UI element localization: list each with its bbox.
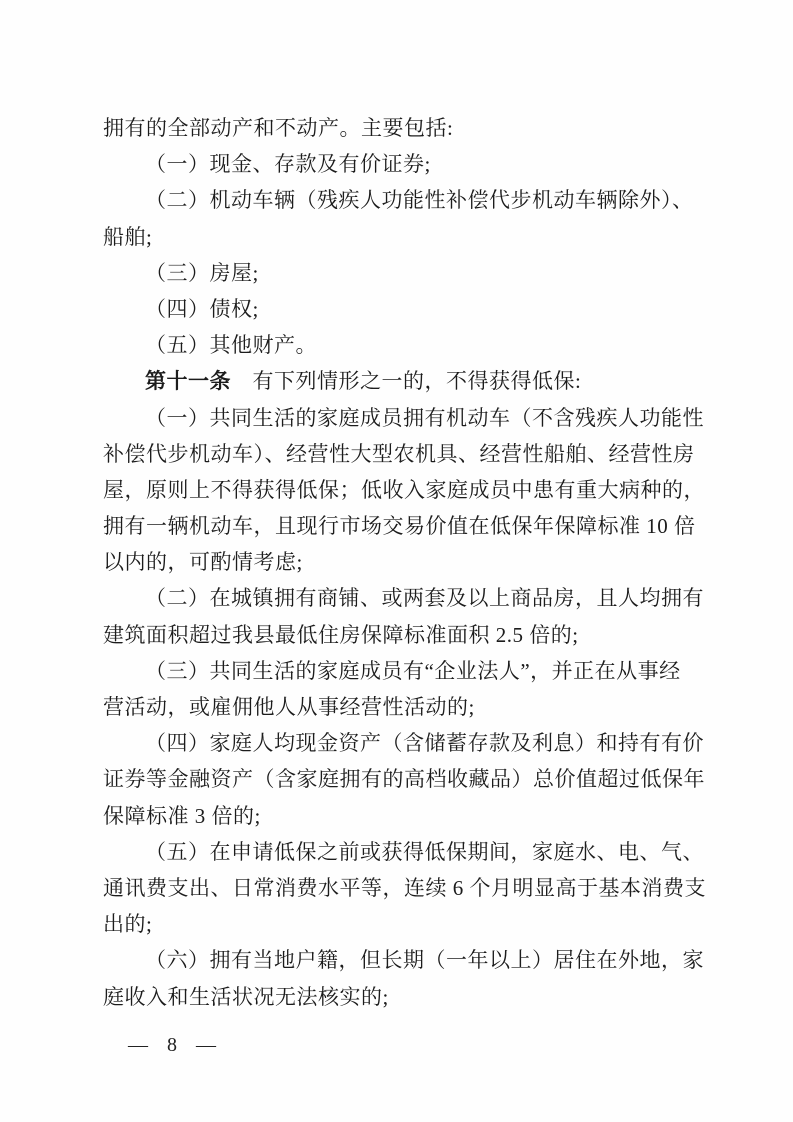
- text-line: （一）共同生活的家庭成员拥有机动车（不含残疾人功能性: [103, 400, 703, 436]
- page-number: — 8 —: [128, 1030, 223, 1060]
- text-line: 以内的，可酌情考虑;: [103, 544, 703, 580]
- text-line: （二）在城镇拥有商铺、或两套及以上商品房，且人均拥有: [103, 580, 703, 616]
- text-line: 通讯费支出、日常消费水平等，连续 6 个月明显高于基本消费支: [103, 870, 703, 906]
- text-line: 拥有的全部动产和不动产。主要包括:: [103, 110, 703, 146]
- text-line: （一）现金、存款及有价证券;: [103, 146, 703, 182]
- text-line: （二）机动车辆（残疾人功能性补偿代步机动车辆除外）、: [103, 182, 703, 218]
- document-body: 拥有的全部动产和不动产。主要包括:（一）现金、存款及有价证券;（二）机动车辆（残…: [103, 110, 703, 1015]
- text-line: 补偿代步机动车）、经营性大型农机具、经营性船舶、经营性房: [103, 436, 703, 472]
- text-line: （四）家庭人均现金资产（含储蓄存款及利息）和持有有价: [103, 725, 703, 761]
- article-number: 第十一条: [145, 369, 231, 393]
- text-line: （三）房屋;: [103, 255, 703, 291]
- text-line: 第十一条 有下列情形之一的，不得获得低保:: [103, 363, 703, 399]
- text-line: 出的;: [103, 906, 703, 942]
- text-line: 营活动，或雇佣他人从事经营性活动的;: [103, 689, 703, 725]
- text-line: 保障标准 3 倍的;: [103, 798, 703, 834]
- text-line: （五）其他财产。: [103, 327, 703, 363]
- text-line: （三）共同生活的家庭成员有“企业法人”，并正在从事经: [103, 653, 703, 689]
- document-page: 拥有的全部动产和不动产。主要包括:（一）现金、存款及有价证券;（二）机动车辆（残…: [0, 0, 793, 1122]
- text-line: 庭收入和生活状况无法核实的;: [103, 979, 703, 1015]
- text-line: （四）债权;: [103, 291, 703, 327]
- text-line: 拥有一辆机动车，且现行市场交易价值在低保年保障标准 10 倍: [103, 508, 703, 544]
- text-line: 建筑面积超过我县最低住房保障标准面积 2.5 倍的;: [103, 617, 703, 653]
- text-line: 屋，原则上不得获得低保；低收入家庭成员中患有重大病种的，: [103, 472, 703, 508]
- text-line: （六）拥有当地户籍，但长期（一年以上）居住在外地，家: [103, 942, 703, 978]
- text-line: （五）在申请低保之前或获得低保期间，家庭水、电、气、: [103, 834, 703, 870]
- text-line: 证券等金融资产（含家庭拥有的高档收藏品）总价值超过低保年: [103, 761, 703, 797]
- text-line: 船舶;: [103, 219, 703, 255]
